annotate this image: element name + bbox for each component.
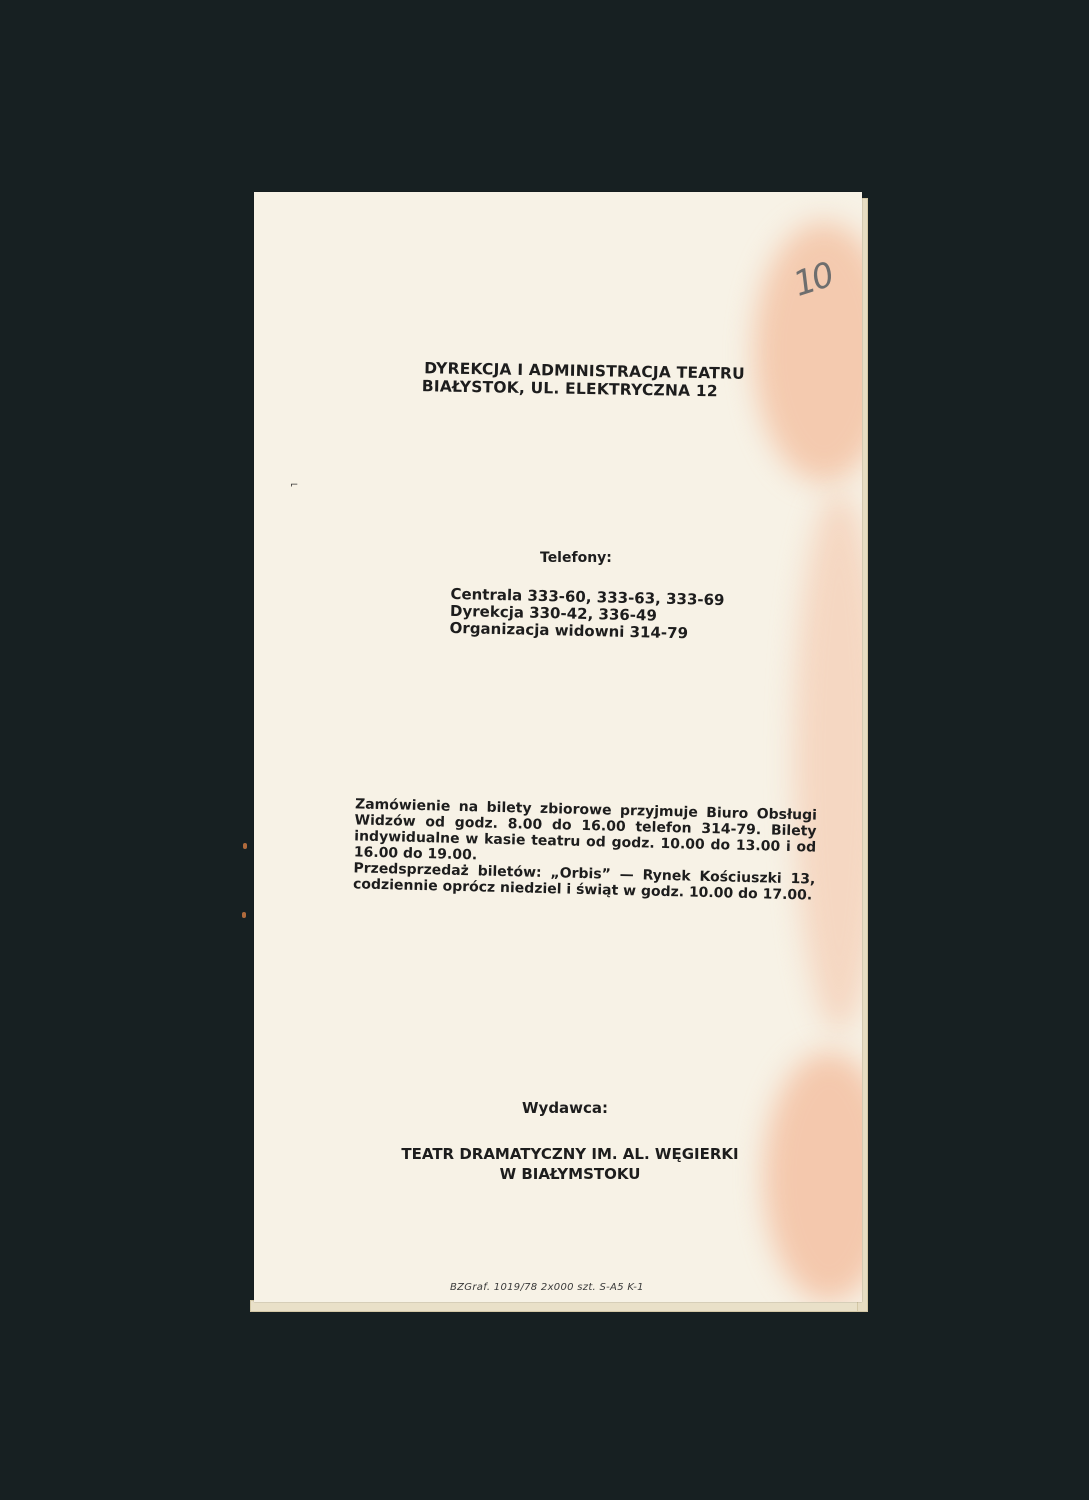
stain-mid-right bbox=[794, 492, 862, 1032]
theatre-address-header: DYREKCJA I ADMINISTRACJA TEATRU BIAŁYSTO… bbox=[424, 359, 745, 401]
phone-entry-audience-org: Organizacja widowni 314-79 bbox=[449, 620, 723, 643]
publisher-name: TEATR DRAMATYCZNY IM. AL. WĘGIERKI W BIA… bbox=[390, 1144, 750, 1184]
publisher-line-1: TEATR DRAMATYCZNY IM. AL. WĘGIERKI bbox=[390, 1144, 750, 1164]
stain-bottom-right bbox=[764, 1052, 862, 1302]
edge-damage-mark bbox=[243, 843, 247, 849]
ticket-info-paragraph-1: Zamówienie na bilety zbiorowe przyjmuje … bbox=[354, 796, 817, 871]
document-page: 10 ⌐ DYREKCJA I ADMINISTRACJA TEATRU BIA… bbox=[254, 192, 862, 1302]
phones-title: Telefony: bbox=[540, 550, 612, 566]
edge-damage-mark bbox=[242, 912, 246, 918]
publisher-line-2: W BIAŁYMSTOKU bbox=[390, 1164, 750, 1184]
publisher-label: Wydawca: bbox=[522, 1099, 608, 1117]
stray-pen-mark: ⌐ bbox=[290, 480, 298, 491]
handwritten-page-number: 10 bbox=[789, 255, 837, 305]
printer-imprint-note: BZGraf. 1019/78 2x000 szt. S-A5 K-1 bbox=[450, 1282, 644, 1293]
ticket-info: Zamówienie na bilety zbiorowe przyjmuje … bbox=[353, 796, 817, 903]
phones-list: Centrala 333-60, 333-63, 333-69 Dyrekcja… bbox=[449, 586, 724, 643]
